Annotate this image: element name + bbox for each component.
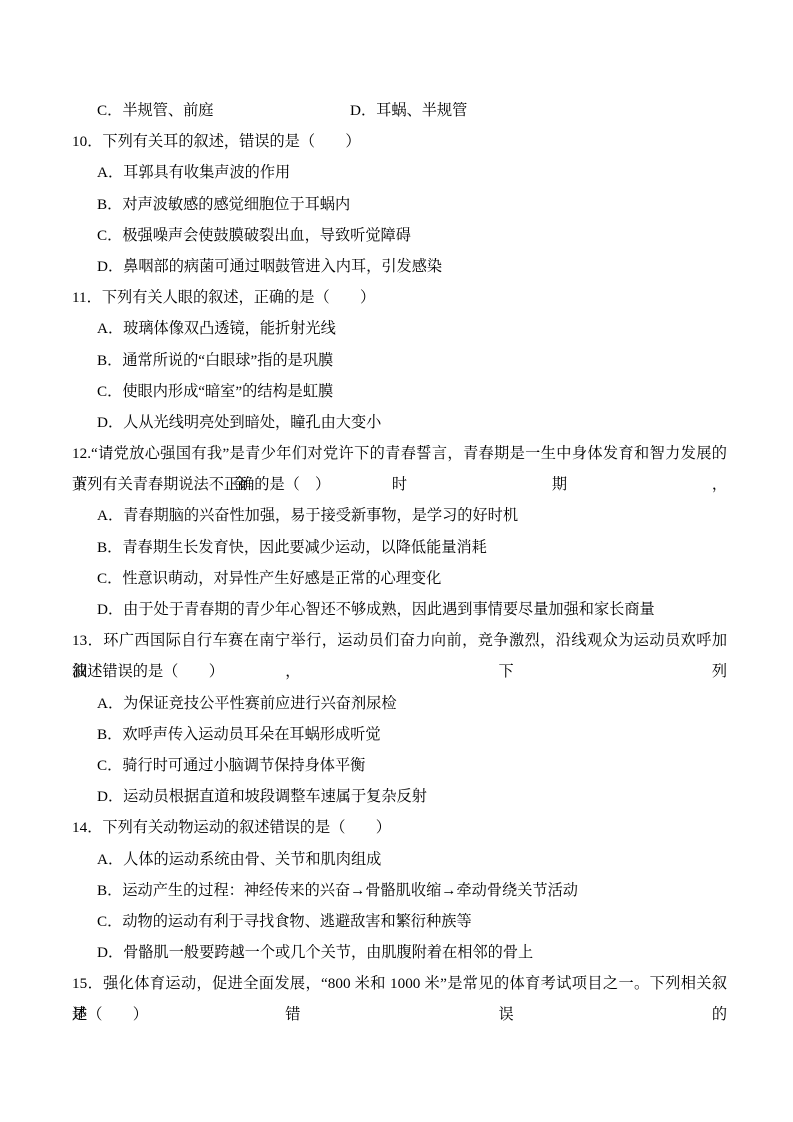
q12-option-b: B．青春期生长发育快，因此要减少运动，以降低能量消耗 xyxy=(72,532,727,563)
q14-option-d: D．骨骼肌一般要跨越一个或几个关节，由肌腹附着在相邻的骨上 xyxy=(72,937,727,968)
q15-stem-text-1: 强化体育运动，促进全面发展，“800 米和 1000 米”是常见的体育考试项目之… xyxy=(72,975,727,1023)
q10-number: 10． xyxy=(72,133,102,150)
q12-option-d: D．由于处于青春期的青少年心智还不够成熟，因此遇到事情要尽量加强和家长商量 xyxy=(72,594,727,625)
q12-option-c: C．性意识萌动，对异性产生好感是正常的心理变化 xyxy=(72,563,727,594)
q13-number: 13． xyxy=(72,632,103,649)
q11-option-d: D．人从光线明亮处到暗处，瞳孔由大变小 xyxy=(72,407,727,438)
q10-option-d: D．鼻咽部的病菌可通过咽鼓管进入内耳，引发感染 xyxy=(72,251,727,282)
q10-option-b: B．对声波敏感的感觉细胞位于耳蜗内 xyxy=(72,189,727,220)
q14-option-a: A．人体的运动系统由骨、关节和肌肉组成 xyxy=(72,844,727,875)
q13-option-d: D．运动员根据直道和坡段调整车速属于复杂反射 xyxy=(72,781,727,812)
q10-stem-text: 下列有关耳的叙述，错误的是（ ） xyxy=(102,133,360,150)
q15-number: 15． xyxy=(72,975,103,992)
carryover-options-row: C．半规管、前庭D．耳蜗、半规管 xyxy=(72,95,727,126)
q11-option-a: A．玻璃体像双凸透镜，能折射光线 xyxy=(72,313,727,344)
q14-stem-text: 下列有关动物运动的叙述错误的是（ ） xyxy=(102,819,391,836)
q10-option-c: C．极强噪声会使鼓膜破裂出血，导致听觉障碍 xyxy=(72,220,727,251)
q11-option-b: B．通常所说的“白眼球”指的是巩膜 xyxy=(72,345,727,376)
q13-option-b: B．欢呼声传入运动员耳朵在耳蜗形成听觉 xyxy=(72,719,727,750)
q13-option-c: C．骑行时可通过小脑调节保持身体平衡 xyxy=(72,750,727,781)
q12-stem-line-1: 12.“请党放心强国有我”是青少年们对党许下的青春誓言，青春期是一生中身体发育和… xyxy=(72,438,727,469)
q10-option-a: A．耳郭具有收集声波的作用 xyxy=(72,157,727,188)
carryover-option-d: D．耳蜗、半规管 xyxy=(350,102,467,119)
exam-document-page: C．半规管、前庭D．耳蜗、半规管 10．下列有关耳的叙述，错误的是（ ） A．耳… xyxy=(0,0,793,1122)
q14-option-c: C．动物的运动有利于寻找食物、逃避敌害和繁衍种族等 xyxy=(72,906,727,937)
q11-number: 11． xyxy=(72,289,102,306)
q13-option-a: A．为保证竞技公平性赛前应进行兴奋剂尿检 xyxy=(72,688,727,719)
q15-stem-line-1: 15．强化体育运动，促进全面发展，“800 米和 1000 米”是常见的体育考试… xyxy=(72,968,727,999)
q12-option-a: A．青春期脑的兴奋性加强，易于接受新事物，是学习的好时机 xyxy=(72,500,727,531)
q12-number: 12. xyxy=(72,445,91,462)
q14-option-b: B．运动产生的过程：神经传来的兴奋→骨骼肌收缩→牵动骨绕关节活动 xyxy=(72,875,727,906)
q13-stem-line-1: 13．环广西国际自行车赛在南宁举行，运动员们奋力向前，竞争激烈，沿线观众为运动员… xyxy=(72,625,727,656)
q11-stem-text: 下列有关人眼的叙述，正确的是（ ） xyxy=(102,289,375,306)
q14-number: 14． xyxy=(72,819,102,836)
q11-option-c: C．使眼内形成“暗室”的结构是虹膜 xyxy=(72,376,727,407)
q10-stem-line: 10．下列有关耳的叙述，错误的是（ ） xyxy=(72,126,727,157)
q14-stem-line: 14．下列有关动物运动的叙述错误的是（ ） xyxy=(72,812,727,843)
carryover-option-c: C．半规管、前庭 xyxy=(97,95,350,126)
q11-stem-line: 11．下列有关人眼的叙述，正确的是（ ） xyxy=(72,282,727,313)
